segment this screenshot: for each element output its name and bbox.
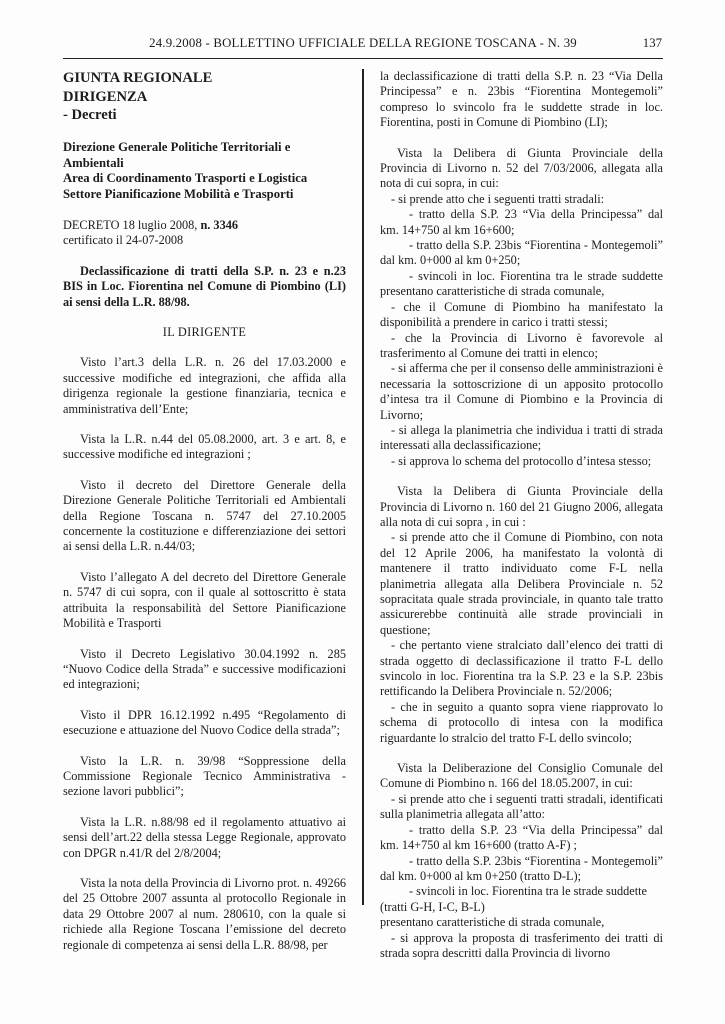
masthead-line: DIRIGENZA [63, 88, 346, 107]
list-item: - svincoli in loc. Fiorentina tra le str… [380, 884, 663, 899]
list-item: - che pertanto viene stralciato dall’ele… [380, 638, 663, 700]
list-item: - tratto della S.P. 23bis “Fiorentina - … [380, 238, 663, 269]
paragraph: Vista la L.R. n.88/98 ed il regolamento … [63, 815, 346, 861]
paragraph: la declassificazione di tratti della S.P… [380, 69, 663, 131]
left-column: GIUNTA REGIONALE DIRIGENZA - Decreti Dir… [63, 69, 346, 961]
document-page: 24.9.2008 - BOLLETTINO UFFICIALE DELLA R… [0, 0, 725, 1024]
column-divider [362, 69, 364, 905]
paragraph: Vista la Delibera di Giunta Provinciale … [380, 484, 663, 530]
paragraph: Visto l’allegato A del decreto del Diret… [63, 570, 346, 632]
paragraph: Visto il DPR 16.12.1992 n.495 “Regolamen… [63, 708, 346, 739]
list-item: - tratto della S.P. 23 “Via della Princi… [380, 207, 663, 238]
role-heading: IL DIRIGENTE [63, 325, 346, 340]
department-line: Area di Coordinamento Trasporti e Logist… [63, 171, 346, 187]
list-item: - tratto della S.P. 23 “Via della Princi… [380, 823, 663, 854]
list-item: - svincoli in loc. Fiorentina tra le str… [380, 269, 663, 300]
department-line: Direzione Generale Politiche Territorial… [63, 140, 346, 156]
page-number: 137 [643, 36, 662, 51]
right-column: la declassificazione di tratti della S.P… [380, 69, 663, 961]
department-line: Ambientali [63, 156, 346, 172]
decree-number: n. 3346 [200, 218, 238, 232]
decree-subject: Declassificazione di tratti della S.P. n… [63, 264, 346, 310]
bulletin-title: 24.9.2008 - BOLLETTINO UFFICIALE DELLA R… [63, 36, 663, 51]
paragraph: Vista la nota della Provincia di Livorno… [63, 876, 346, 953]
paragraph: Vista la Delibera di Giunta Provinciale … [380, 146, 663, 192]
paragraph: presentano caratteristiche di strada com… [380, 915, 663, 930]
masthead-line: - Decreti [63, 106, 346, 125]
decree-line: DECRETO 18 luglio 2008, n. 3346 [63, 218, 346, 233]
paragraph: Visto la L.R. n. 39/98 “Soppressione del… [63, 754, 346, 800]
list-item: - si allega la planimetria che individua… [380, 423, 663, 454]
list-item: - si approva lo schema del protocollo d’… [380, 454, 663, 469]
list-item: - si approva la proposta di trasferiment… [380, 931, 663, 962]
decree-prefix: DECRETO 18 luglio 2008, [63, 218, 200, 232]
decree-certified: certificato il 24-07-2008 [63, 233, 346, 248]
department-block: Direzione Generale Politiche Territorial… [63, 140, 346, 203]
paragraph: Vista la Deliberazione del Consiglio Com… [380, 761, 663, 792]
paragraph: (tratti G-H, I-C, B-L) [380, 900, 663, 915]
list-item: - si afferma che per il consenso delle a… [380, 361, 663, 423]
paragraph: Visto l’art.3 della L.R. n. 26 del 17.03… [63, 355, 346, 417]
list-item: - che in seguito a quanto sopra viene ri… [380, 700, 663, 746]
department-line: Settore Pianificazione Mobilità e Traspo… [63, 187, 346, 203]
masthead: GIUNTA REGIONALE DIRIGENZA - Decreti [63, 69, 346, 125]
two-column-body: GIUNTA REGIONALE DIRIGENZA - Decreti Dir… [63, 69, 663, 961]
list-item: - si prende atto che i seguenti tratti s… [380, 192, 663, 207]
list-item: - che la Provincia di Livorno è favorevo… [380, 331, 663, 362]
list-item: - si prende atto che i seguenti tratti s… [380, 792, 663, 823]
page-header: 24.9.2008 - BOLLETTINO UFFICIALE DELLA R… [63, 36, 663, 59]
list-item: - che il Comune di Piombino ha manifesta… [380, 300, 663, 331]
decree-block: DECRETO 18 luglio 2008, n. 3346 certific… [63, 218, 346, 249]
header-rule [63, 58, 663, 59]
list-item: - tratto della S.P. 23bis “Fiorentina - … [380, 854, 663, 885]
paragraph: Vista la L.R. n.44 del 05.08.2000, art. … [63, 432, 346, 463]
masthead-line: GIUNTA REGIONALE [63, 69, 346, 88]
paragraph: Visto il decreto del Direttore Generale … [63, 478, 346, 555]
list-item: - si prende atto che il Comune di Piombi… [380, 530, 663, 638]
paragraph: Visto il Decreto Legislativo 30.04.1992 … [63, 647, 346, 693]
